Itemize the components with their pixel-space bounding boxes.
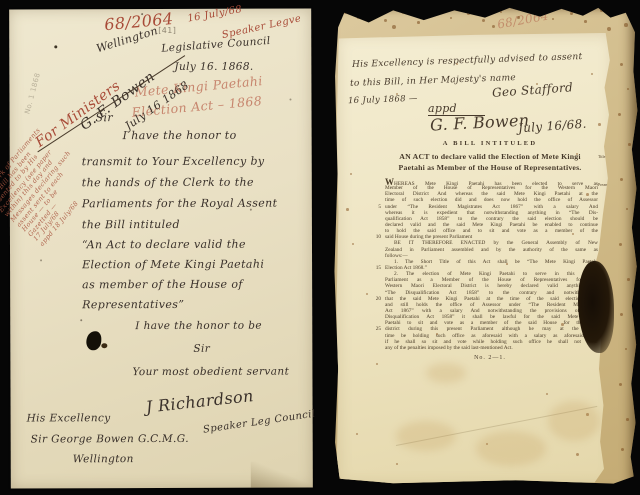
bill-title-line-1: AN ACT to declare valid the Election of … [376, 151, 604, 162]
foxing-spot [346, 208, 349, 211]
foxing-spot [376, 363, 378, 365]
foxing-spot [586, 193, 589, 196]
foxing-spot [357, 17, 359, 19]
letter-addressee-line: His Excellency [27, 412, 111, 424]
letter-body-line: I have the honor to [123, 129, 237, 142]
foxing-spot [624, 23, 628, 27]
foxing-spot [370, 9, 373, 12]
foxing-spot [40, 259, 42, 261]
foxing-spot [570, 12, 573, 15]
foxing-spot [598, 123, 601, 126]
letter-date: July 16. 1868. [174, 61, 253, 73]
paper-stain [548, 401, 600, 441]
foxing-spot [620, 63, 623, 66]
archival-photo: { "left_page": { "top_annotations": { "f… [0, 0, 640, 495]
foxing-spot [626, 418, 629, 421]
foxing-spot [506, 263, 508, 265]
foxing-spot [492, 25, 495, 28]
foxing-spot [584, 20, 587, 23]
foxing-spot [619, 243, 622, 246]
foxing-spot [450, 17, 452, 19]
foxing-spot [432, 10, 435, 13]
foxing-spot [619, 383, 622, 386]
foxing-spot [552, 18, 554, 20]
foxing-spot [546, 393, 548, 395]
foxing-spot [620, 178, 623, 181]
foxing-spot [517, 16, 520, 19]
advice-line-1: His Excellency is respectfully advised t… [352, 52, 583, 70]
foxing-spot [627, 88, 629, 90]
foxing-spot [344, 11, 347, 14]
foxing-spot [396, 463, 398, 465]
foxing-spot [625, 348, 627, 350]
letter-body-line: Election of Mete Kingi Paetahi [82, 258, 264, 272]
foxing-spot [620, 313, 623, 316]
ink-blot-dot [101, 343, 107, 348]
foxing-spot [576, 453, 579, 456]
backing-file-number: 68/2064 [496, 9, 550, 32]
foxing-spot [396, 93, 398, 95]
letter-body-line: “An Act to declare valid the [82, 238, 246, 252]
foxing-spot [456, 63, 458, 65]
letter-body-line: as member of the House of [82, 278, 243, 292]
foxing-spot [289, 99, 291, 101]
backing-sheet: 68/2064 His Excellency is respectfully a… [332, 3, 638, 491]
foxing-spot [536, 83, 538, 85]
bill-page: His Excellency is respectfully advised t… [336, 33, 614, 487]
foxing-spot [618, 113, 621, 116]
letter-body-line: transmit to Your Excellency by [82, 155, 265, 169]
bill-title-line-2: Paetahi as Member of the House of Repres… [376, 162, 604, 173]
foxing-spot [576, 153, 578, 155]
foxing-spot [612, 15, 614, 17]
bill-footer: No. 2—1. [384, 355, 596, 361]
foxing-spot [417, 21, 420, 24]
bill-line-number [370, 345, 381, 351]
letter-closing-line: I have the honor to be [135, 320, 262, 332]
speaker-signature-role: Speaker Leg Council [202, 409, 316, 436]
governor-assent-signature: G. F. Bowen [430, 110, 530, 134]
paper-stain [396, 421, 456, 451]
pencil-number: [41] [158, 26, 176, 35]
bill-text: WHEREAS Mete Kingi Paetahi has been elec… [370, 179, 598, 351]
foxing-spot [54, 45, 57, 48]
foxing-spot [600, 9, 603, 12]
letter-body-line: the hands of the Clerk to the [82, 176, 254, 190]
letter-addressee-line: Sir George Bowen G.C.M.G. [31, 433, 189, 446]
letter-addressee-line: Wellington [73, 453, 134, 465]
bill-side-note: Title. [598, 155, 617, 160]
red-date-note: 16 July/68 [187, 4, 243, 25]
corner-fold [251, 461, 313, 487]
letter-body-line: Parliaments for the Royal Assent [82, 197, 278, 211]
letter-page: 68/2064 [41] 16 July/68 Speaker Legve We… [9, 8, 313, 488]
foxing-spot [572, 233, 574, 235]
foxing-spot [352, 243, 354, 245]
foxing-spot [436, 333, 438, 335]
foxing-spot [591, 73, 593, 75]
pencil-no1-note: No. 1 1868 [23, 72, 42, 115]
foxing-spot [250, 209, 252, 211]
foxing-spot [561, 323, 564, 326]
letter-place: Legislative Council [161, 35, 271, 55]
foxing-spot [500, 11, 502, 13]
ink-blot [86, 331, 101, 350]
speaker-signature: J Richardson [145, 386, 255, 417]
bill-side-note: Preamble. [598, 183, 617, 188]
foxing-spot [392, 25, 396, 29]
foxing-spot [350, 173, 352, 175]
letter-body-line: the Bill intituled [82, 218, 180, 231]
foxing-spot [80, 319, 82, 321]
advice-date: 16 July 1868 — [348, 94, 418, 106]
foxing-spot [356, 433, 358, 435]
paper-stain [476, 431, 546, 466]
foxing-spot [384, 19, 387, 22]
foxing-spot [627, 278, 630, 281]
foxing-spot [628, 143, 631, 146]
foxing-spot [467, 12, 470, 15]
letter-closing-line: Your most obedient servant [132, 366, 289, 379]
bill-heading: A BILL INTITULED [384, 140, 596, 147]
foxing-spot [141, 13, 143, 15]
paper-stain [426, 363, 466, 383]
foxing-spot [626, 208, 628, 210]
bill-line-text: any of the penalties imposed by the said… [385, 345, 598, 351]
letter-closing-line: Sir [193, 343, 210, 355]
foxing-spot [621, 448, 624, 451]
foxing-spot [482, 19, 485, 22]
foxing-spot [607, 27, 611, 31]
foxing-spot [402, 12, 404, 14]
letter-body-line: Representatives” [82, 298, 184, 311]
bill-line: any of the penalties imposed by the said… [370, 345, 598, 351]
foxing-spot [366, 293, 368, 295]
foxing-spot [537, 10, 540, 13]
